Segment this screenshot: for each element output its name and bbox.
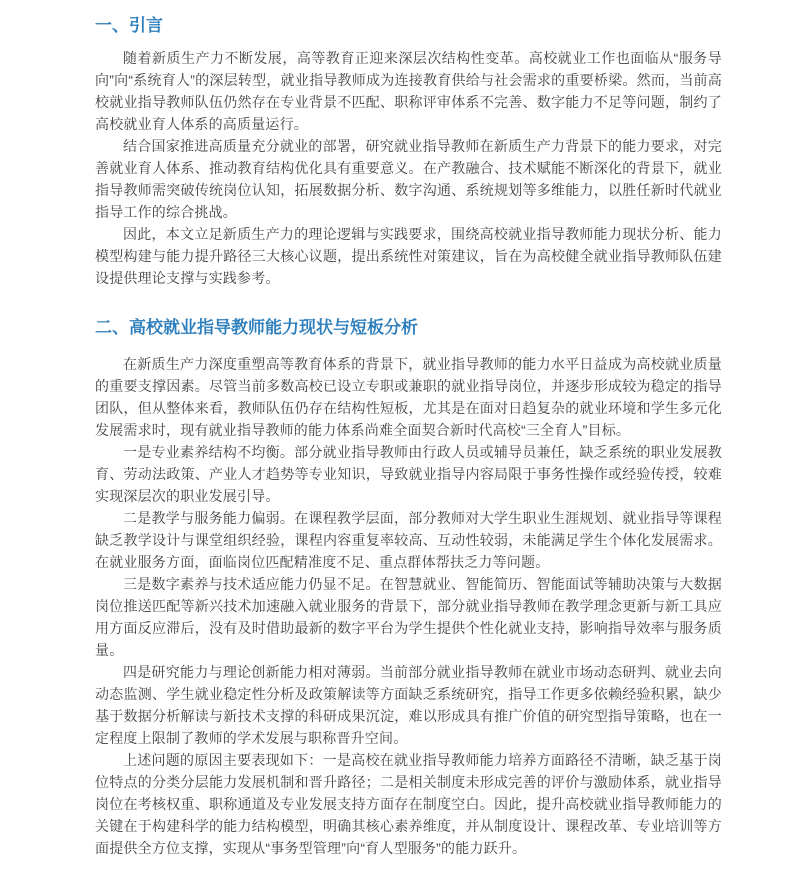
paragraph: 在新质生产力深度重塑高等教育体系的背景下，就业指导教师的能力水平日益成为高校就业… bbox=[95, 353, 722, 441]
paragraph: 一是专业素养结构不均衡。部分就业指导教师由行政人员或辅导员兼任，缺乏系统的职业发… bbox=[95, 441, 722, 507]
paragraph: 随着新质生产力不断发展，高等教育正迎来深层次结构性变革。高校就业工作也面临从“服… bbox=[95, 47, 722, 135]
section-introduction: 一、引言 随着新质生产力不断发展，高等教育正迎来深层次结构性变革。高校就业工作也… bbox=[95, 14, 722, 289]
document-page: 一、引言 随着新质生产力不断发展，高等教育正迎来深层次结构性变革。高校就业工作也… bbox=[0, 0, 800, 879]
section-heading-introduction: 一、引言 bbox=[95, 14, 722, 38]
paragraph: 二是教学与服务能力偏弱。在课程教学层面，部分教师对大学生职业生涯规划、就业指导等… bbox=[95, 507, 722, 573]
paragraph: 三是数字素养与技术适应能力仍显不足。在智慧就业、智能简历、智能面试等辅助决策与大… bbox=[95, 573, 722, 661]
section-heading-current-status: 二、高校就业指导教师能力现状与短板分析 bbox=[95, 316, 722, 340]
paragraph: 四是研究能力与理论创新能力相对薄弱。当前部分就业指导教师在就业市场动态研判、就业… bbox=[95, 661, 722, 749]
paragraph: 上述问题的原因主要表现如下：一是高校在就业指导教师能力培养方面路径不清晰，缺乏基… bbox=[95, 749, 722, 859]
paragraph: 结合国家推进高质量充分就业的部署，研究就业指导教师在新质生产力背景下的能力要求，… bbox=[95, 135, 722, 223]
paragraph: 因此，本文立足新质生产力的理论逻辑与实践要求，围绕高校就业指导教师能力现状分析、… bbox=[95, 223, 722, 289]
section-current-status-analysis: 二、高校就业指导教师能力现状与短板分析 在新质生产力深度重塑高等教育体系的背景下… bbox=[95, 316, 722, 859]
